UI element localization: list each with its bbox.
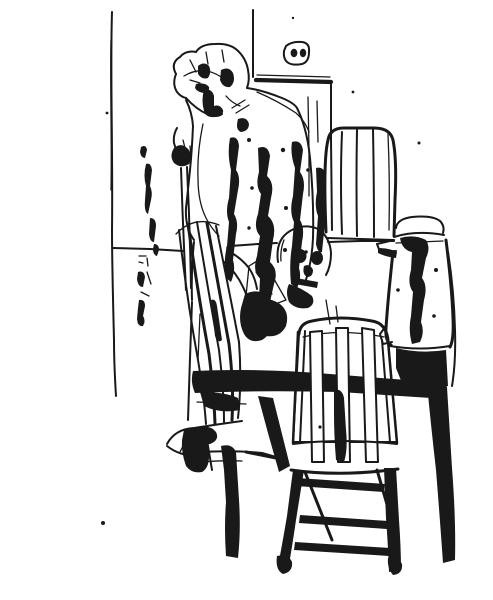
outlet-slot-right — [300, 49, 306, 57]
skull-nose — [303, 265, 313, 277]
outlet-slot-left — [291, 49, 298, 57]
table-leg-right — [427, 383, 455, 563]
figure-hair — [174, 44, 249, 88]
ink-sketch-canvas: Black pen-and-ink sketch: a man with bow… — [0, 0, 493, 600]
chair-stretcher-2 — [299, 515, 388, 529]
wall-shadow-marks: scratchy shadow marks on wall — [137, 146, 159, 326]
power-outlet: two-slot wall power outlet — [284, 42, 309, 65]
skull-eye-left — [294, 249, 307, 263]
chair-stretcher-1 — [296, 478, 385, 492]
skull-eye-right — [311, 251, 323, 265]
slat-chair-near: slat-back chair facing away in the foreg… — [277, 318, 402, 575]
figure-face — [174, 74, 223, 117]
sketch-page: Black pen-and-ink sketch: a man with bow… — [0, 0, 493, 600]
chair-stretcher-3 — [294, 542, 390, 556]
slat-chair-far: slat-back chair behind the table — [325, 128, 396, 240]
figure-torso-shading — [225, 118, 338, 336]
figure-hand: raised hand with pointing finger — [172, 128, 192, 290]
figure-collar — [226, 96, 249, 113]
skull-jaw-shadow — [287, 284, 313, 308]
jug-shadow — [396, 348, 448, 390]
table-leg-left — [258, 396, 290, 472]
